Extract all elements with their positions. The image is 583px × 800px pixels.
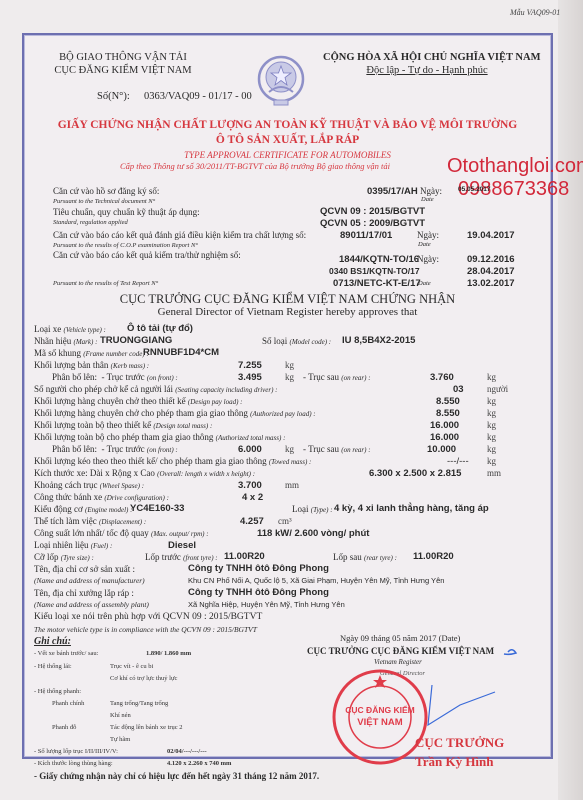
certificate-title: GIẤY CHỨNG NHẬN CHẤT LƯỢNG AN TOÀN KỸ TH… <box>22 119 553 131</box>
auth-total-label: Khối lượng toàn bộ cho phép tham gia gia… <box>34 432 213 442</box>
vehicle-type: Ô tô tải (tự đổ) <box>127 323 193 334</box>
displacement-label-en: (Displacement) : <box>99 518 146 526</box>
unit: kg <box>487 444 496 454</box>
cop-label-en: Pursuant to the results of C.O.P examina… <box>53 242 198 249</box>
frame-number: RNNUBF1D4*CM <box>143 347 219 358</box>
main-brake-type: Tang trống/Tang trống <box>110 700 168 707</box>
towed-label: Khối lượng kéo theo theo thiết kế/ cho p… <box>34 456 267 466</box>
assembly-plant-label: Tên, địa chỉ xưởng lắp ráp : <box>34 588 134 598</box>
frame-label-en: (Frame number code) : <box>83 350 149 358</box>
seating-label: Số người cho phép chở kể cả người lái <box>34 384 173 394</box>
unit: mm <box>285 480 299 490</box>
cop-label: Căn cứ vào báo cáo kết quả đánh giá điều… <box>53 230 306 240</box>
model-label-en: (Model code) : <box>290 338 332 346</box>
cargo-box-dimensions: 4.120 x 2.260 x 740 mm <box>167 760 231 767</box>
drive-label: Công thức bánh xe <box>34 492 102 502</box>
steering-assist: Cơ khí có trợ lực thuỷ lực <box>110 675 177 682</box>
compliance-statement-en: The motor vehicle type is in compliance … <box>34 625 257 634</box>
main-brake-label: Phanh chính <box>52 700 84 707</box>
front-tyre-label-en: (front tyre) : <box>183 554 217 562</box>
test-report-2: 0340 BS1/KQTN-TO/17 <box>329 266 420 276</box>
rear-axle-label-en: (on rear) : <box>341 374 370 382</box>
steering-label: - Hệ thống lái: <box>34 663 72 670</box>
cop-date: 19.04.2017 <box>467 230 515 241</box>
brake-label: - Hệ thống phanh: <box>34 688 81 695</box>
standard-2: QCVN 05 : 2009/BGTVT <box>320 218 425 229</box>
manufacturer-name: Công ty TNHH ôtô Đông Phong <box>188 563 329 574</box>
steering-type: Trục vít - ê cu bi <box>110 663 153 670</box>
test-label: Căn cứ vào báo cáo kết quả kiểm tra/thử … <box>53 250 241 260</box>
rear-tyre: 11.00R20 <box>413 551 454 562</box>
wheelbase-label-en: (Wheel Spase) : <box>100 482 144 490</box>
standard-label-en: Standard, regulation applied <box>53 219 128 226</box>
form-code: Mẫu VAQ09-01 <box>510 8 560 17</box>
mark-label-en: (Mark) : <box>74 338 98 346</box>
seating-label-en: (Seating capacity including driver) : <box>175 386 277 394</box>
main-brake-drive: Khí nén <box>110 712 131 719</box>
overall-dimensions: 6.300 x 2.500 x 2.815 <box>369 468 461 479</box>
reg-date-label-en: Date <box>421 196 434 203</box>
dimensions-label: Kích thước xe: Dài x Rộng x Cao <box>34 468 155 478</box>
certificate-subtitle: Ô TÔ SẢN XUẤT, LẮP RÁP <box>22 134 553 146</box>
distribution-label: Phân bố lên: <box>52 444 97 454</box>
reg-date-label: Ngày: <box>420 186 442 196</box>
track-label: - Vết xe bánh trước/ sau: <box>34 650 98 657</box>
towed-label-en: (Towed mass) : <box>269 458 312 466</box>
signature-date: Ngày 09 tháng 05 năm 2017 (Date) <box>340 633 460 643</box>
displacement-label: Thể tích làm việc <box>34 516 97 526</box>
front-axle-label: - Trục trước <box>102 372 145 382</box>
manufacturer-address: Khu CN Phố Nối A, Quốc lộ 5, Xã Giai Phạ… <box>188 576 444 585</box>
total-rear: 10.000 <box>427 444 456 455</box>
issued-under: Cấp theo Thông tư số 30/2011/TT-BGTVT củ… <box>55 161 455 171</box>
unit: kg <box>487 408 496 418</box>
engine-label: Kiểu động cơ <box>34 504 83 514</box>
test-date-label-en: Date <box>418 280 431 287</box>
engine-model: YC4E160-33 <box>130 503 184 514</box>
test-date-1: 09.12.2016 <box>467 254 515 265</box>
total-front: 6.000 <box>238 444 262 455</box>
manufacturer-label-en: (Name and address of manufacturer) <box>34 576 145 585</box>
unit: kg <box>487 432 496 442</box>
cop-date-label: Ngày: <box>417 230 439 240</box>
track-width: 1.890/ 1.860 mm <box>146 650 191 657</box>
certificate-number-label: Số(N°): <box>97 91 130 102</box>
model-label: Số loại <box>262 336 287 346</box>
compliance-statement: Kiểu loại xe nói trên phù hợp với QCVN 0… <box>34 612 262 622</box>
signatory-name: Trần Kỳ Hình <box>415 754 494 770</box>
approval-heading-english: General Director of Vietnam Register her… <box>22 306 553 318</box>
tyre-count-label: - Số lượng lốp trục I/II/III/IV/V: <box>34 748 118 755</box>
test-report-3: 0713/NETC-KT-E/17 <box>333 278 421 289</box>
rear-axle-label: - Trục sau <box>303 444 339 454</box>
design-payload: 8.550 <box>436 396 460 407</box>
standard-label: Tiêu chuẩn, quy chuẩn kỹ thuật áp dụng: <box>53 207 200 217</box>
auth-payload: 8.550 <box>436 408 460 419</box>
assembly-plant-name: Công ty TNHH ôtô Đông Phong <box>188 587 329 598</box>
tyre-label-en: (Tyre size) : <box>61 554 94 562</box>
reg-date: 05.05.2017 <box>458 186 491 193</box>
wheelbase: 3.700 <box>238 480 262 491</box>
signature-mark-icon <box>400 645 520 735</box>
unit: người <box>487 384 508 394</box>
rear-axle-label-en: (on rear) : <box>341 446 370 454</box>
tyre-count: 02/04/---/---/--- <box>167 748 207 755</box>
notes-heading: Ghi chú: <box>34 636 71 647</box>
distribution-label: Phân bố lên: <box>52 372 97 382</box>
kerb-rear: 3.760 <box>430 372 454 383</box>
dimensions-label-en: (Overall: length x width x height) : <box>157 470 255 478</box>
test-date-3: 13.02.2017 <box>467 278 515 289</box>
design-total-label: Khối lượng toàn bộ theo thiết kế <box>34 420 151 430</box>
reg-number: 0395/17/AH <box>367 186 418 197</box>
cargo-box-label: - Kích thước lòng thùng hàng: <box>34 760 113 767</box>
design-total-mass: 16.000 <box>430 420 459 431</box>
front-axle-label-en: (on front) : <box>147 374 178 382</box>
cop-date-label-en: Date <box>418 241 431 248</box>
assembly-plant-label-en: (Name and address of assembly plant) <box>34 600 149 609</box>
kerb-label: Khối lượng bản thân <box>34 360 108 370</box>
test-date-label: Ngày: <box>417 254 439 264</box>
reg-label: Căn cứ vào hồ sơ đăng ký số: <box>53 186 159 196</box>
national-motto: Độc lập - Tự do - Hạnh phúc <box>323 65 531 76</box>
validity-statement: - Giấy chứng nhận này chỉ có hiệu lực đế… <box>34 771 319 781</box>
max-power: 118 kW/ 2.600 vòng/ phút <box>257 528 369 539</box>
fuel-label-en: (Fuel) : <box>91 542 113 550</box>
rear-tyre-label-en: (rear tyre) : <box>364 554 397 562</box>
unit: kg <box>285 372 294 382</box>
national-emblem-icon <box>256 52 306 110</box>
reg-label-en: Pursuant to the Technical document N° <box>53 198 155 205</box>
kerb-mass: 7.255 <box>238 360 262 371</box>
drive-configuration: 4 x 2 <box>242 492 263 503</box>
design-payload-label-en: (Design pay load) : <box>188 398 243 406</box>
design-total-label-en: (Design total mass) : <box>153 422 212 430</box>
republic-name: CỘNG HÒA XÃ HỘI CHỦ NGHĨA VIỆT NAM <box>323 52 531 63</box>
vehicle-mark: TRUONGGIANG <box>100 335 172 346</box>
unit: kg <box>285 360 294 370</box>
fuel-type: Diesel <box>168 540 196 551</box>
seating-capacity: 03 <box>453 384 464 395</box>
assembly-plant-address: Xã Nghĩa Hiệp, Huyện Yên Mỹ, Tỉnh Hưng Y… <box>188 600 345 609</box>
mark-label: Nhãn hiệu <box>34 336 71 346</box>
unit: kg <box>487 396 496 406</box>
standard-1: QCVN 09 : 2015/BGTVT <box>320 206 425 217</box>
unit: mm <box>487 468 501 478</box>
auth-total-label-en: (Authorized total mass) : <box>216 434 286 442</box>
engine-type: 4 kỳ, 4 xi lanh thẳng hàng, tăng áp <box>334 503 489 514</box>
front-tyre: 11.00R20 <box>224 551 265 562</box>
unit: cm³ <box>278 516 292 526</box>
drive-label-en: (Drive configuration) : <box>104 494 169 502</box>
rear-tyre-label: Lốp sau <box>333 552 362 562</box>
test-date-2: 28.04.2017 <box>467 266 515 277</box>
frame-label: Mã số khung <box>34 348 81 358</box>
power-label-en: (Max. output/ rpm) : <box>151 530 209 538</box>
engine-type-label-en: (Type) : <box>311 506 333 514</box>
signatory-title: CỤC TRƯỞNG <box>415 735 504 751</box>
towed-mass: ---/--- <box>447 456 469 467</box>
unit: kg <box>285 444 294 454</box>
fuel-label: Loại nhiên liệu <box>34 540 88 550</box>
certificate-number: 0363/VAQ09 - 01/17 - 00 <box>144 91 252 102</box>
tyre-label: Cỡ lốp <box>34 552 59 562</box>
vehicle-type-label: Loại xe <box>34 324 61 334</box>
vehicle-type-label-en: (Vehicle type) : <box>64 326 106 334</box>
watermark-website: Otothangloi.com <box>447 155 583 178</box>
unit: kg <box>487 420 496 430</box>
front-axle-label: - Trục trước <box>102 444 145 454</box>
front-tyre-label: Lốp trước <box>145 552 181 562</box>
cop-number: 89011/17/01 <box>340 230 392 241</box>
agency-name: CỤC ĐĂNG KIỂM VIỆT NAM <box>48 65 198 76</box>
unit: kg <box>487 372 496 382</box>
design-payload-label: Khối lượng hàng chuyên chở theo thiết kế <box>34 396 186 406</box>
auth-payload-label: Khối lượng hàng chuyên chở cho phép tham… <box>34 408 248 418</box>
page-edge-shadow <box>558 0 583 800</box>
front-axle-label-en: (on front) : <box>147 446 178 454</box>
ministry-name: BỘ GIAO THÔNG VẬN TẢI <box>48 52 198 63</box>
kerb-label-en: (Kerb mass) : <box>111 362 150 370</box>
auth-payload-label-en: (Authorized pay load) : <box>250 410 316 418</box>
manufacturer-label: Tên, địa chỉ cơ sở sản xuất : <box>34 564 135 574</box>
rear-axle-label: - Trục sau <box>303 372 339 382</box>
model-code: IU 8,5B4X2-2015 <box>342 335 415 346</box>
park-brake-label: Phanh đỗ <box>52 724 76 731</box>
unit: kg <box>487 456 496 466</box>
engine-label-en: (Engine model) : <box>85 506 132 514</box>
power-label: Công suất lớn nhất/ tốc độ quay <box>34 528 149 538</box>
test-label-en: Pursuant to the results of Test Report N… <box>53 280 158 287</box>
engine-type-label: Loại <box>292 504 309 514</box>
approval-heading: CỤC TRƯỞNG CỤC ĐĂNG KIỂM VIỆT NAM CHỨNG … <box>22 292 553 307</box>
displacement: 4.257 <box>240 516 264 527</box>
test-report-1: 1844/KQTN-TO/16 <box>339 254 419 265</box>
wheelbase-label: Khoảng cách trục <box>34 480 97 490</box>
kerb-front: 3.495 <box>238 372 262 383</box>
auth-total-mass: 16.000 <box>430 432 459 443</box>
park-brake-drive: Tự hãm <box>110 736 130 743</box>
park-brake-type: Tác động lên bánh xe trục 2 <box>110 724 183 731</box>
